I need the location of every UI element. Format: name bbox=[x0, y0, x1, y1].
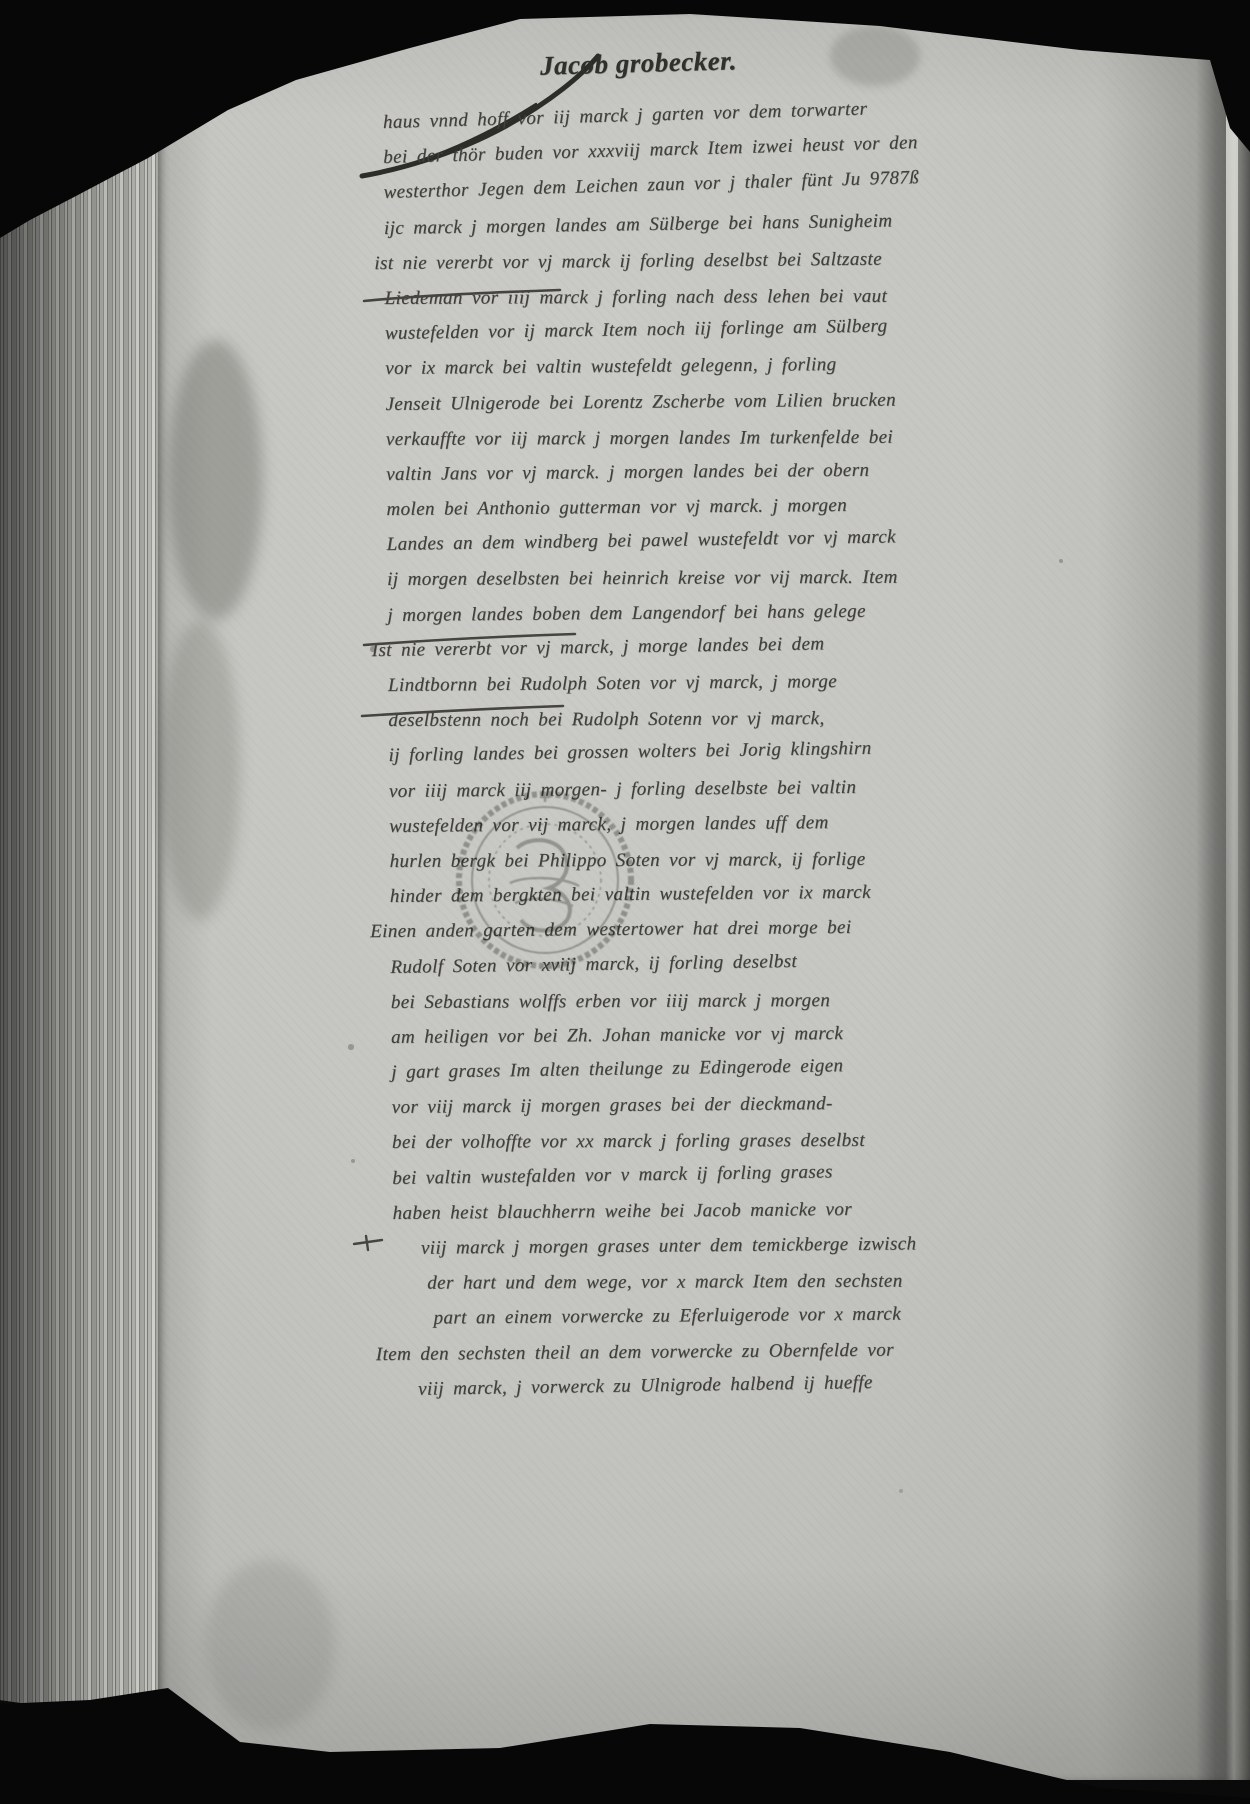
manuscript-line: ijc marck j morgen landes am Sülberge be… bbox=[384, 208, 1049, 253]
manuscript-line: ij morgen deselbsten bei heinrich kreise… bbox=[387, 567, 1052, 605]
facing-page-edge bbox=[1226, 100, 1238, 1600]
manuscript-line: vor ix marck bei valtin wustefeldt geleg… bbox=[385, 352, 1050, 393]
manuscript-line: bei Sebastians wolffs erben vor iiij mar… bbox=[391, 989, 1056, 1027]
manuscript-line: hinder dem bergkten bei valtin wustefeld… bbox=[390, 880, 1055, 921]
manuscript-line: der hart und dem wege, vor x marck Item … bbox=[427, 1270, 1058, 1308]
book-gutter bbox=[1196, 40, 1250, 1780]
manuscript-line: haben heist blauchherrn weihe bei Jacob … bbox=[393, 1197, 1058, 1238]
manuscript-line: part an einem vorwercke zu Eferluigerode… bbox=[433, 1303, 1058, 1344]
manuscript-line: vor iiij marck iij morgen- j forling des… bbox=[389, 775, 1054, 816]
manuscript-line: viij marck j morgen grases unter dem tem… bbox=[421, 1232, 1058, 1273]
manuscript-line: vor viij marck ij morgen grases bei der … bbox=[392, 1091, 1057, 1132]
manuscript-line: verkauffte vor iij marck j morgen landes… bbox=[386, 426, 1051, 464]
manuscript-line: valtin Jans vor vj marck. j morgen lande… bbox=[386, 458, 1051, 499]
manuscript-line: wustefelden vor vij marck, j morgen land… bbox=[389, 810, 1054, 851]
manuscript-line: Lindtbornn bei Rudolph Soten vor vj marc… bbox=[388, 669, 1053, 710]
photographed-manuscript: Jacob grobecker. haus vnnd hoff vor iij … bbox=[0, 0, 1250, 1804]
manuscript-line: ist nie vererbt vor vj marck ij forling … bbox=[374, 247, 1049, 288]
page-heading: Jacob grobecker. bbox=[540, 45, 738, 80]
manuscript-text-block: haus vnnd hoff vor iij marck j garten vo… bbox=[383, 106, 1059, 1414]
manuscript-line: hurlen bergk bei Philippo Soten vor vj m… bbox=[390, 848, 1055, 886]
manuscript-line: Jenseit Ulnigerode bei Lorentz Zscherbe … bbox=[385, 388, 1050, 429]
